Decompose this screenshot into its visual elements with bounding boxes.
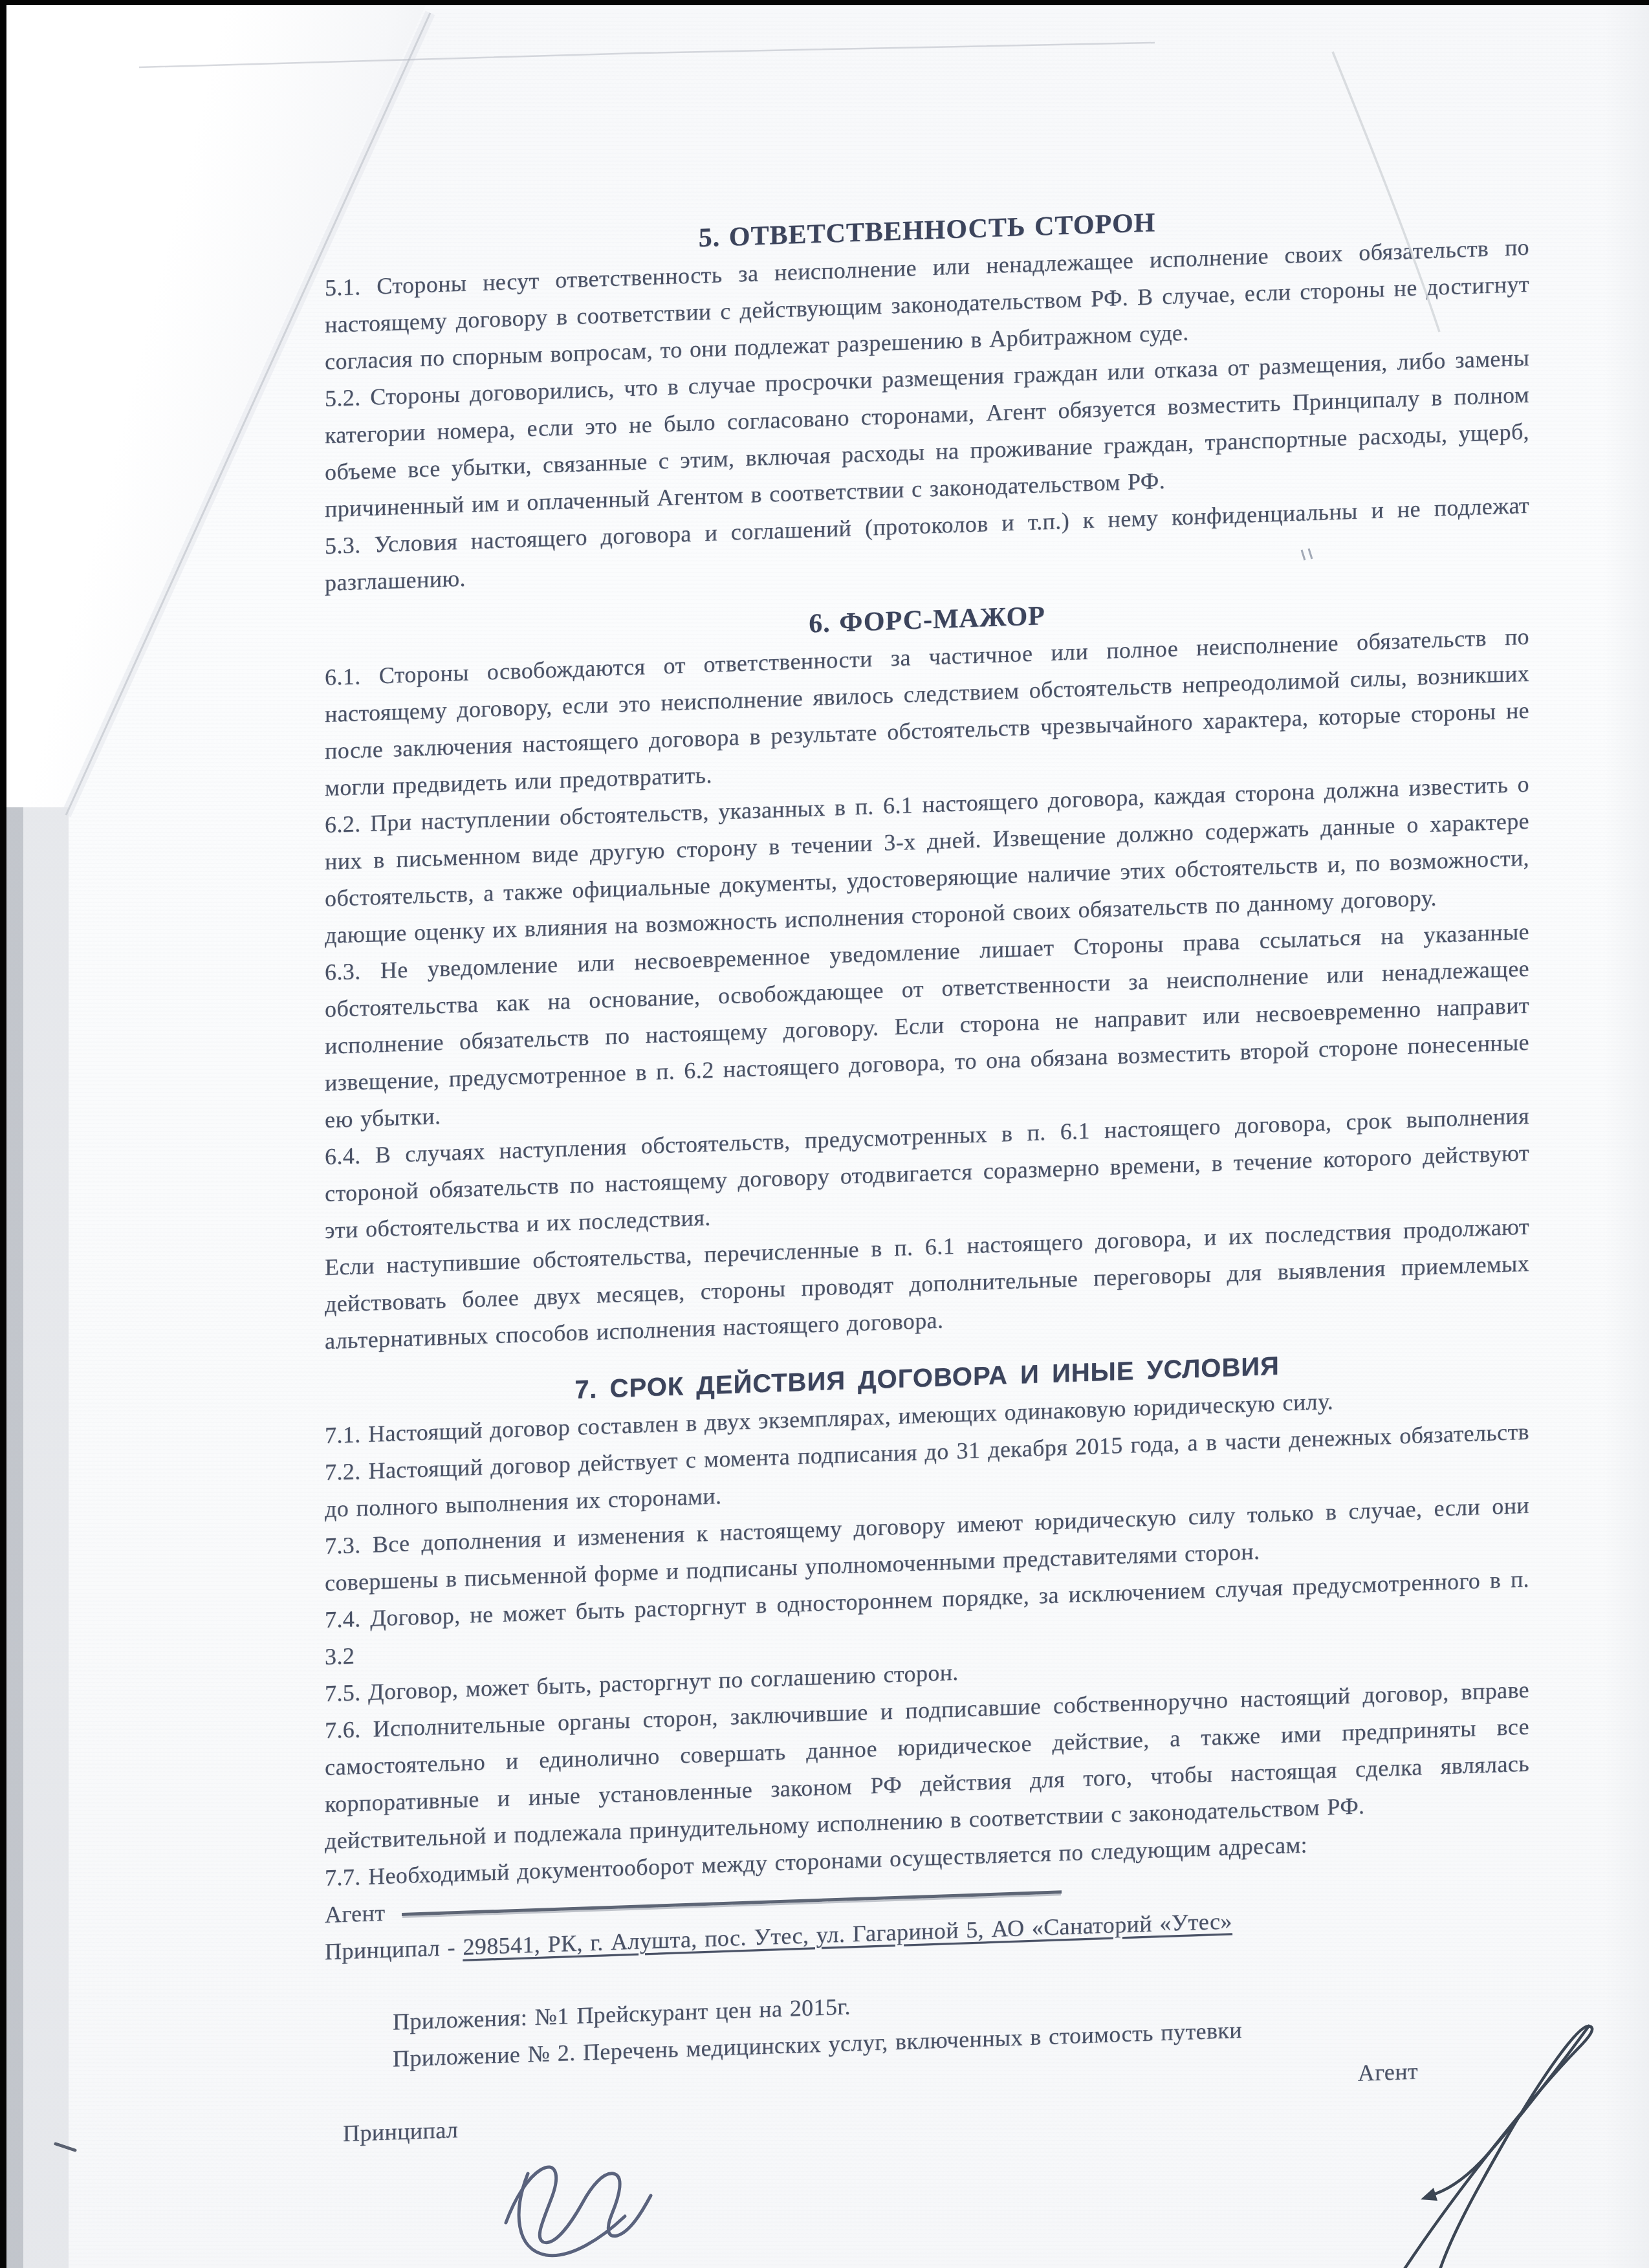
scanned-contract-page: 5. ОТВЕТСТВЕННОСТЬ СТОРОН 5.1. Стороны н… bbox=[0, 0, 1649, 2268]
principal-signature-label: Принципал bbox=[343, 2111, 458, 2152]
contract-text: 5. ОТВЕТСТВЕННОСТЬ СТОРОН 5.1. Стороны н… bbox=[325, 192, 1529, 2144]
agent-signature-arrowhead bbox=[1421, 2188, 1437, 2201]
paper: 5. ОТВЕТСТВЕННОСТЬ СТОРОН 5.1. Стороны н… bbox=[6, 5, 1649, 2268]
right-edge-shadow bbox=[1604, 5, 1649, 2268]
principal-signature bbox=[506, 2167, 651, 2256]
signature-row: Принципал Агент bbox=[325, 2066, 1529, 2144]
left-edge-shadow bbox=[6, 807, 91, 2268]
agent-signature-label: Агент bbox=[1358, 2053, 1418, 2091]
agent-address-label: Агент bbox=[325, 1900, 385, 1928]
principal-address-dash: - bbox=[448, 1934, 455, 1960]
principal-address-label: Принципал bbox=[325, 1935, 440, 1965]
